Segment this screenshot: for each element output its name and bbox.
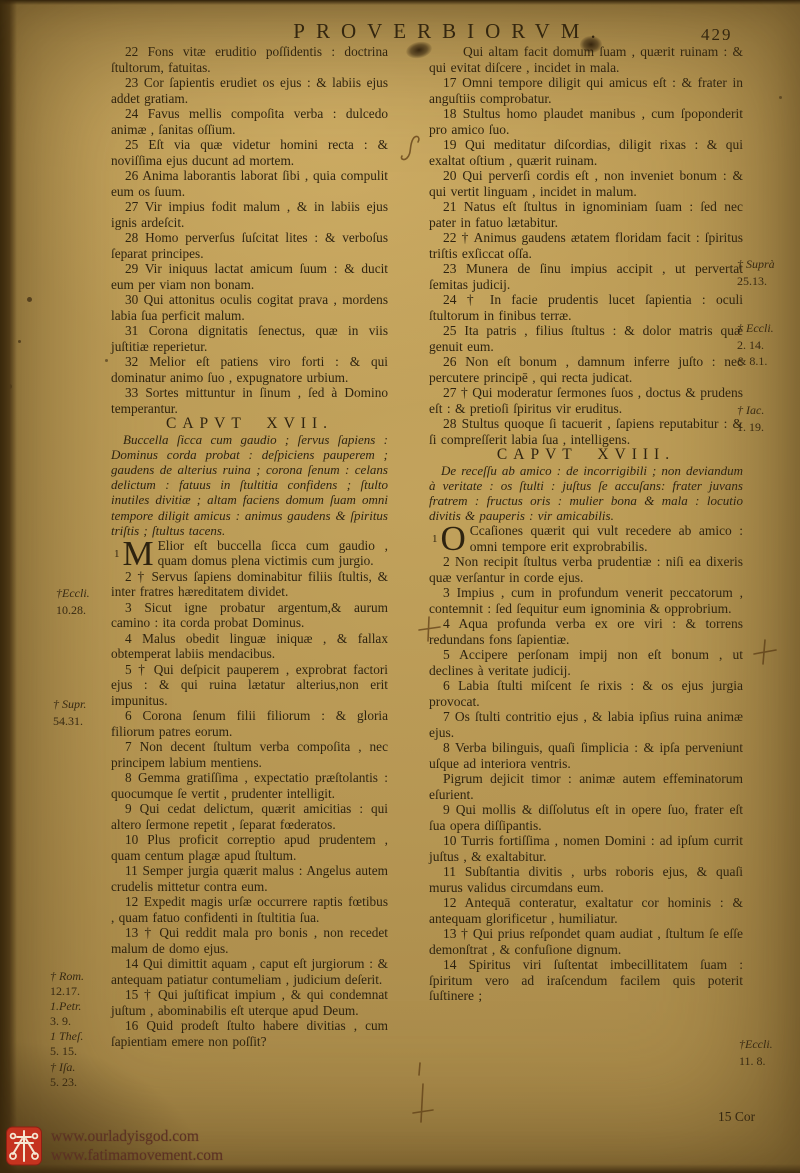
margin-note-line: † Rom.	[50, 969, 84, 984]
cross-and-keys-logo-icon	[6, 1126, 42, 1166]
margin-note-line: †Eccli.	[56, 585, 90, 602]
verse: 32 Melior eſt patiens viro forti : & qui…	[111, 354, 388, 385]
verse: 8 Gemma gratiſſima , expectatio præſtola…	[111, 770, 388, 801]
verse: 7 Os ſtulti contritio ejus , & labia ipſ…	[429, 709, 743, 740]
pen-flourish-mark	[401, 136, 418, 159]
verse-text: Ccaſiones quærit qui vult recedere ab am…	[470, 523, 743, 554]
ink-blot	[580, 36, 602, 53]
margin-note-line: 1.Petr.	[50, 999, 84, 1014]
verse: 15 † Qui juſtificat impium , & qui conde…	[111, 987, 388, 1018]
verse: 5 Accipere perſonam impij non eſt bonum …	[429, 647, 743, 678]
watermark-url-2: www.fatimamovement.com	[51, 1146, 223, 1165]
verse: 4 Aqua profunda verba ex ore viri : & to…	[429, 616, 743, 647]
margin-note-line: 12.17.	[50, 984, 84, 999]
drop-cap: 1M	[114, 540, 154, 569]
margin-note: † Eccli. 2. 14. & 8.1.	[737, 320, 774, 370]
chapter-17-argument: Buccella ſicca cum gaudio ; ſervus ſapie…	[111, 432, 388, 538]
verse: 1MElior eſt buccella ſicca cum gaudio , …	[111, 538, 388, 569]
running-title: PROVERBIORVM.	[120, 19, 780, 44]
text-column-left: 22 Fons vitæ eruditio poſſidentis : doct…	[111, 44, 388, 1049]
verse: 24 Favus mellis compoſita verba : dulced…	[111, 106, 388, 137]
page-number: 429	[701, 25, 733, 45]
verse: 27 Vir impius fodit malum , & in labiis …	[111, 199, 388, 230]
verse: 23 Munera de ſinu impius accipit , ut pe…	[429, 261, 743, 292]
margin-note-line: †Eccli.	[739, 1036, 773, 1053]
verse: 10 Plus proficit correptio apud prudente…	[111, 832, 388, 863]
verse: 9 Qui mollis & diſſolutus eſt in opere ſ…	[429, 802, 743, 833]
verse: 21 Natus eſt ſtultus in ignominiam ſuam …	[429, 199, 743, 230]
verse: 11 Semper jurgia quærit malus : Angelus …	[111, 863, 388, 894]
chapter-18-argument: De receſſu ab amico : de incorrigibili ;…	[429, 463, 743, 524]
watermark: www.ourladyisgod.com www.fatimamovement.…	[6, 1126, 223, 1166]
verse: 6 Labia ſtulti miſcent ſe rixis : & os e…	[429, 678, 743, 709]
margin-note-line: † Supr.	[53, 696, 86, 713]
verse: 17 Omni tempore diligit qui amicus eſt :…	[429, 75, 743, 106]
book-spine-edge	[0, 0, 17, 1173]
verse: 13 † Qui prius reſpondet quam audiat , ſ…	[429, 926, 743, 957]
verse: 27 † Qui moderatur ſermones ſuos , doctu…	[429, 385, 743, 416]
verse: 4 Malus obedit linguæ iniquæ , & fallax …	[111, 631, 388, 662]
margin-note-line: & 8.1.	[737, 353, 774, 370]
verse: 31 Corona dignitatis ſenectus, quæ in vi…	[111, 323, 388, 354]
verse: 9 Qui cedat delictum, quærit amicitias :…	[111, 801, 388, 832]
margin-note: † Suprà 25.13.	[737, 256, 775, 289]
margin-note: † Supr. 54.31.	[53, 696, 86, 729]
verse: 28 Homo perverſus ſuſcitat lites : & ver…	[111, 230, 388, 261]
verse: 13 † Qui reddit mala pro bonis , non rec…	[111, 925, 388, 956]
verse: 23 Cor ſapientis erudiet os ejus : & lab…	[111, 75, 388, 106]
verse: 6 Corona ſenum filii filiorum : & gloria…	[111, 708, 388, 739]
pen-cross-mark	[413, 1084, 433, 1122]
verse: 1OCcaſiones quærit qui vult recedere ab …	[429, 523, 743, 554]
verse: 28 Stultus quoque ſi tacuerit , ſapiens …	[429, 416, 743, 447]
verse: 8 Verba bilinguis, quaſi ſimplicia : & i…	[429, 740, 743, 771]
verse: 22 † Animus gaudens ætatem floridam faci…	[429, 230, 743, 261]
chapter-heading-18: CAPVT XVIII.	[429, 447, 743, 463]
drop-cap-letter: O	[441, 519, 466, 558]
verse: 20 Qui perverſi cordis eſt , non invenie…	[429, 168, 743, 199]
verse: 12 Antequā conteratur, exaltatur cor hom…	[429, 895, 743, 926]
drop-cap-letter: M	[123, 534, 154, 573]
margin-note-line: † Eccli.	[737, 320, 774, 337]
margin-note-line: † Iac.	[737, 402, 764, 419]
catchword: 15 Cor	[718, 1109, 755, 1125]
verse: 18 Stultus homo plaudet manibus , cum ſp…	[429, 106, 743, 137]
pen-cross-mark	[754, 640, 776, 664]
verse-number: 1	[114, 548, 120, 560]
verse: 12 Expedit magis urſæ occurrere raptis f…	[111, 894, 388, 925]
margin-note-line: 54.31.	[53, 713, 86, 730]
margin-note-line: † Suprà	[737, 256, 775, 273]
verse: 5 † Qui deſpicit pauperem , exprobrat fa…	[111, 662, 388, 709]
margin-note-line: 1. 19.	[737, 419, 764, 436]
verse: 22 Fons vitæ eruditio poſſidentis : doct…	[111, 44, 388, 75]
margin-note: †Eccli. 11. 8.	[739, 1036, 773, 1069]
margin-note-line: 10.28.	[56, 602, 90, 619]
verse: 14 Spiritus viri ſuſtentat imbecillitate…	[429, 957, 743, 1004]
verse: 10 Turris fortiſſima , nomen Domini : ad…	[429, 833, 743, 864]
verse: 2 Non recipit ſtultus verba prudentiæ : …	[429, 554, 743, 585]
verse-number: 1	[432, 533, 438, 545]
scanned-book-page: PROVERBIORVM. 429 22 Fons vitæ eruditio …	[0, 0, 800, 1173]
page-edge-shadow	[0, 0, 800, 5]
verse: 19 Qui meditatur diſcordias, diligit rix…	[429, 137, 743, 168]
verse: 30 Qui attonitus oculis cogitat prava , …	[111, 292, 388, 323]
pen-tick-mark	[419, 1063, 420, 1075]
verse-continuation: Pigrum dejicit timor : animæ autem effem…	[429, 771, 743, 802]
verse: 2 † Servus ſapiens dominabitur filiis ſt…	[111, 569, 388, 600]
margin-note-line: 25.13.	[737, 273, 775, 290]
verse: 26 Anima laborantis laborat ſibi , quia …	[111, 168, 388, 199]
chapter-heading-17: CAPVT XVII.	[111, 416, 388, 432]
verse: 25 Eſt via quæ videtur homini recta : & …	[111, 137, 388, 168]
verse: 26 Non eſt bonum , damnum inferre juſto …	[429, 354, 743, 385]
margin-note-line: 2. 14.	[737, 337, 774, 354]
margin-note-line: 3. 9.	[50, 1014, 84, 1029]
text-column-right: Qui altam facit domum ſuam , quærit ruin…	[429, 44, 743, 1004]
verse: 11 Subſtantia divitis , urbs roboris eju…	[429, 864, 743, 895]
verse: 24 † In facie prudentis lucet ſapientia …	[429, 292, 743, 323]
margin-note: † Iac. 1. 19.	[737, 402, 764, 435]
verse: 25 Ita patris , filius ſtultus : & dolor…	[429, 323, 743, 354]
verse: 7 Non decent ſtultum verba compoſita , n…	[111, 739, 388, 770]
verse: 29 Vir iniquus lactat amicum ſuum : & du…	[111, 261, 388, 292]
verse: 33 Sortes mittuntur in ſinum , ſed à Dom…	[111, 385, 388, 416]
verse-text: Elior eſt buccella ſicca cum gaudio , qu…	[158, 538, 388, 569]
drop-cap: 1O	[432, 525, 466, 554]
margin-note-line: 11. 8.	[739, 1053, 773, 1070]
verse: 3 Impius , cum in profundum venerit pecc…	[429, 585, 743, 616]
verse: 3 Sicut igne probatur argentum,& aurum c…	[111, 600, 388, 631]
verse: 14 Qui dimittit aquam , caput eſt jurgio…	[111, 956, 388, 987]
watermark-url-1: www.ourladyisgod.com	[51, 1127, 223, 1146]
margin-note: †Eccli. 10.28.	[56, 585, 90, 618]
